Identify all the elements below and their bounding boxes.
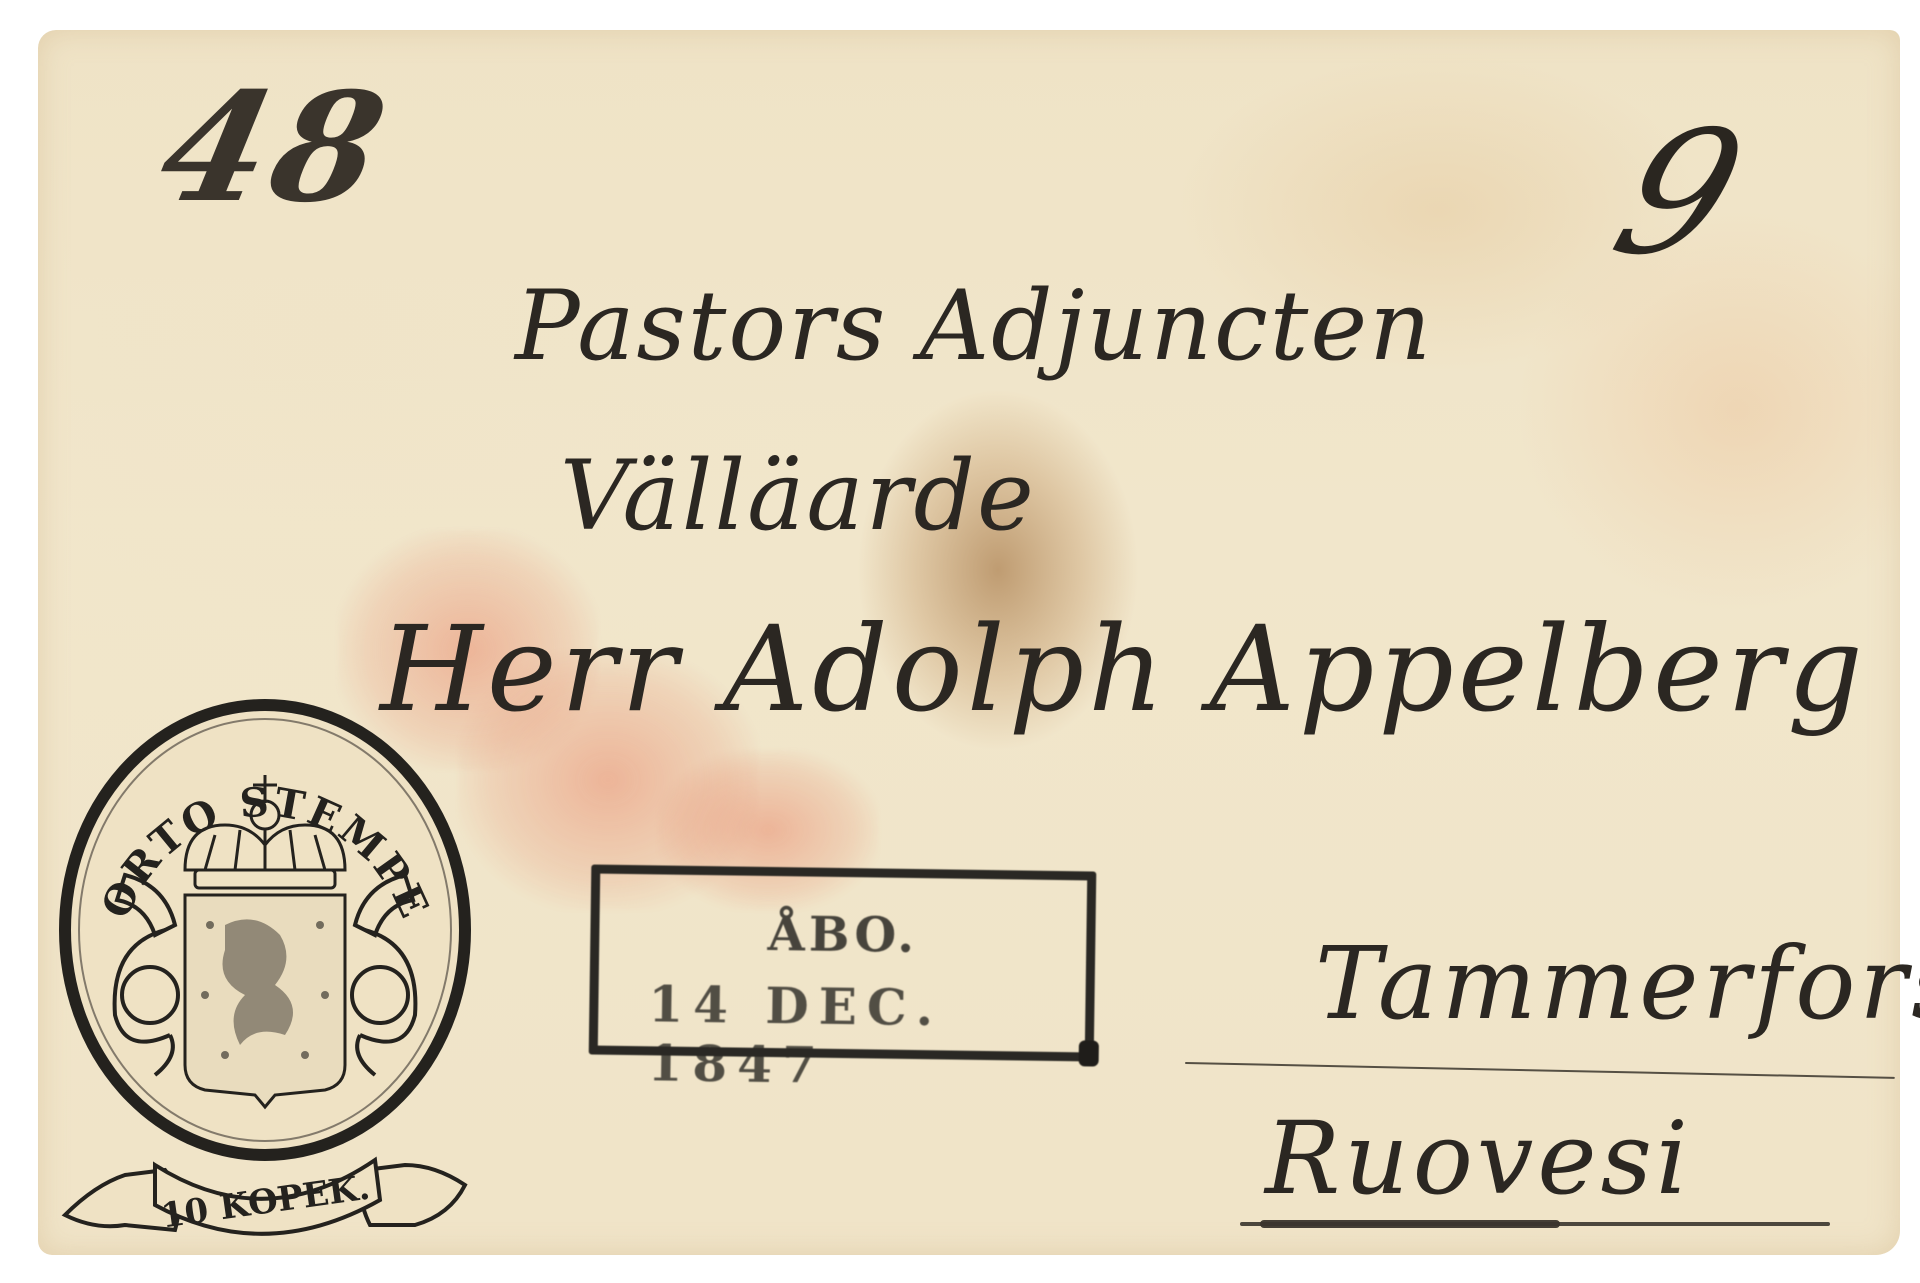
rate-number-48: 48 xyxy=(146,60,404,236)
parish-underline-stroke xyxy=(1260,1220,1560,1228)
address-title-line: Pastors Adjuncten xyxy=(515,270,1433,382)
coat-of-arms-shield-icon xyxy=(185,895,345,1107)
address-parish: Ruovesi xyxy=(1265,1100,1692,1217)
address-recipient-name: Herr Adolph Appelberg xyxy=(380,600,1867,738)
postmark-date: 14 DEC. 1847 xyxy=(647,974,1066,1098)
address-city: Tammerfors xyxy=(1315,925,1920,1042)
postmark-box: ÅBO. 14 DEC. 1847 xyxy=(589,864,1097,1061)
address-honorific-line: Välläarde xyxy=(560,440,1036,552)
porto-stempel-imprint: PORTO STEMPEL xyxy=(55,695,475,1255)
postmark-town: ÅBO. xyxy=(599,904,1087,967)
